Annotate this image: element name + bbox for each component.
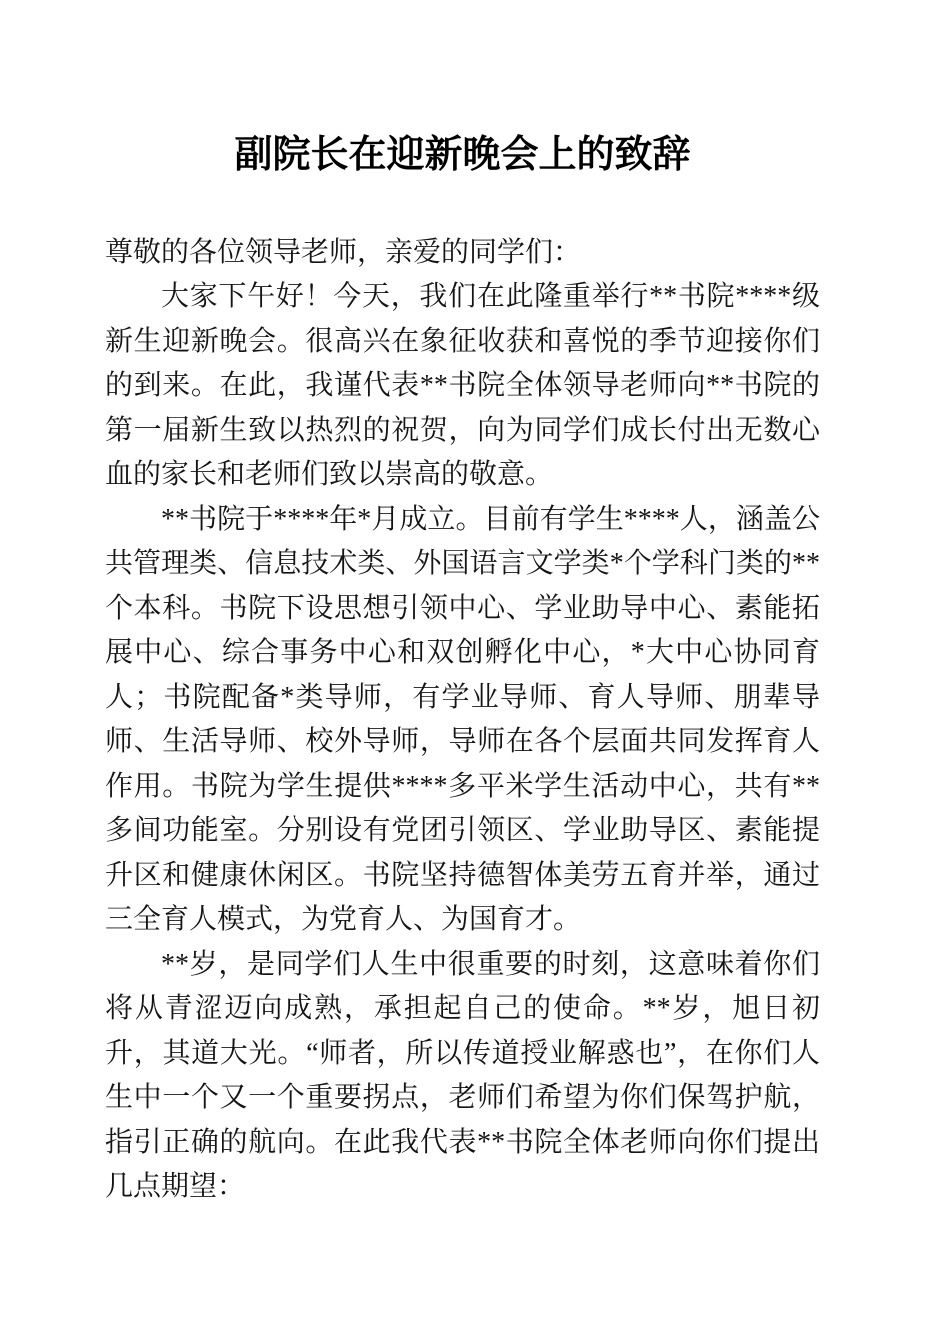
paragraph-expectations-intro: **岁，是同学们人生中很重要的时刻，这意味着你们将从青涩迈向成熟，承担起自己的使… xyxy=(105,943,820,1210)
paragraph-college-introduction: **书院于****年*月成立。目前有学生****人，涵盖公共管理类、信息技术类、… xyxy=(105,498,820,943)
document-page: 副院长在迎新晚会上的致辞 尊敬的各位领导老师，亲爱的同学们： 大家下午好！今天，… xyxy=(0,0,950,1344)
paragraph-salutation: 尊敬的各位领导老师，亲爱的同学们： xyxy=(105,231,820,276)
paragraph-greeting: 大家下午好！今天，我们在此隆重举行**书院****级新生迎新晚会。很高兴在象征收… xyxy=(105,275,820,498)
document-title: 副院长在迎新晚会上的致辞 xyxy=(105,133,820,179)
